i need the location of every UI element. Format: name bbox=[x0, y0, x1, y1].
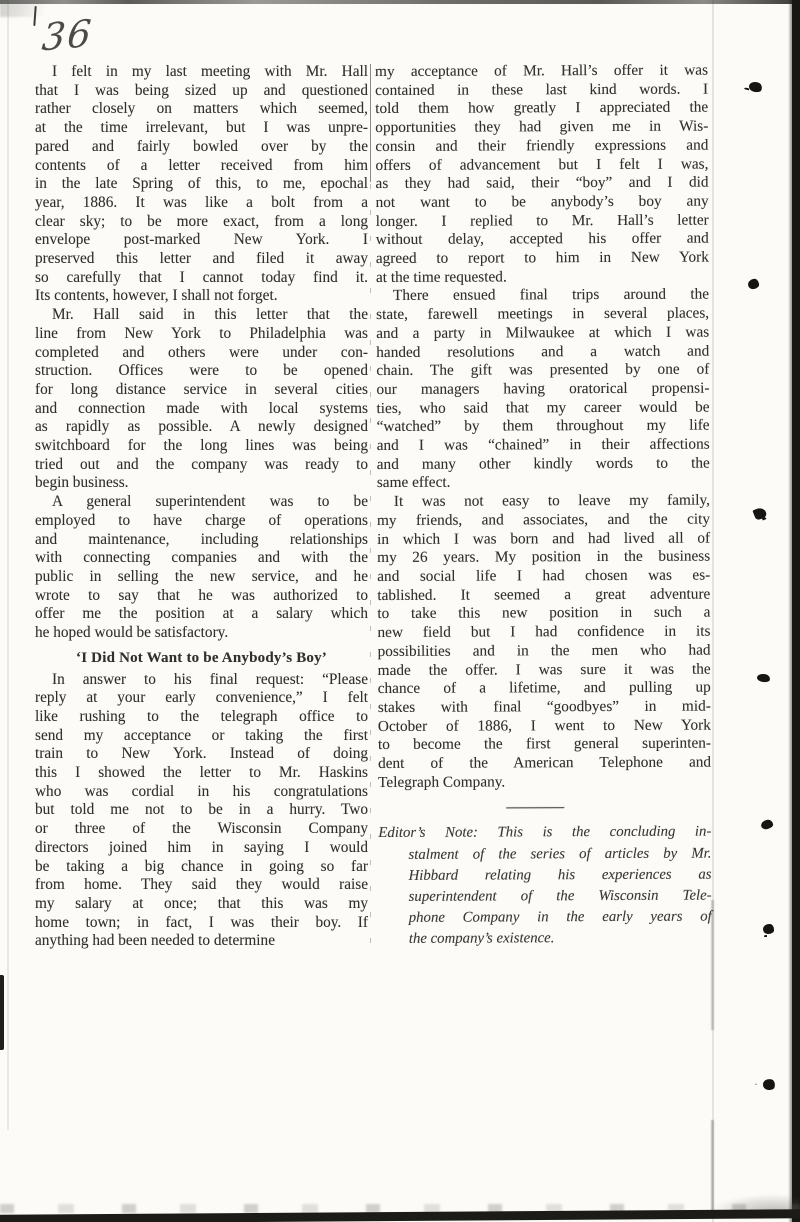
text-line: who was cordial in his congratulations bbox=[35, 783, 368, 802]
text-line: pared and fairly bowled over by the bbox=[35, 138, 368, 157]
text-line: and I was “chained” in their affections bbox=[377, 436, 710, 456]
text-line: October of 1886, I went to New York bbox=[378, 716, 711, 736]
text-line: stalment of the series of articles by Mr… bbox=[378, 843, 711, 866]
scan-left-edge-mark bbox=[0, 975, 4, 1050]
text-line: made the offer. I was sure it was the bbox=[378, 660, 711, 680]
text-line: tried out and the company was ready to bbox=[35, 456, 368, 475]
text-line: this I showed the letter to Mr. Haskins bbox=[35, 764, 368, 783]
text-line: to become the first general superinten- bbox=[378, 735, 711, 755]
text-line: reply at your early convenience,” I felt bbox=[35, 689, 368, 708]
paragraph: In answer to his final request: “Pleaser… bbox=[35, 671, 368, 952]
text-line: as they had said, their “boy” and I did bbox=[375, 174, 708, 194]
text-line: There ensued final trips around the bbox=[376, 286, 709, 306]
text-line: stakes with final “goodbyes” in mid- bbox=[378, 697, 711, 717]
text-line: line from New York to Philadelphia was bbox=[35, 325, 368, 344]
text-line: so carefully that I cannot today find it… bbox=[35, 269, 368, 288]
text-line: wrote to say that he was authorized to bbox=[35, 587, 368, 606]
paragraph: A general superintendent was to beemploy… bbox=[35, 493, 368, 643]
text-line: tablished. It seemed a great adventure bbox=[377, 585, 710, 605]
scan-left-edge-line bbox=[7, 0, 9, 1130]
text-line: employed to have charge of operations bbox=[35, 512, 368, 531]
text-line: be taking a big chance in going so far bbox=[35, 858, 368, 877]
ink-speck bbox=[752, 506, 767, 521]
text-line: like rushing to the telegraph office to bbox=[35, 708, 368, 727]
text-line: superintendent of the Wisconsin Tele- bbox=[379, 886, 712, 909]
editors-note: Editor’s Note: This is the concluding in… bbox=[378, 822, 712, 951]
text-line: same effect. bbox=[377, 473, 710, 493]
text-line: Editor’s Note: This is the concluding in… bbox=[378, 822, 711, 845]
text-line: not want to be anybody’s boy any bbox=[376, 192, 709, 212]
text-line: offer me the position at a salary which bbox=[35, 605, 368, 624]
text-line: Telegraph Company. bbox=[378, 772, 711, 792]
text-line: my friends, and associates, and the city bbox=[377, 510, 710, 530]
scanned-page: 36 I felt in my last meeting with Mr. Ha… bbox=[0, 0, 800, 1222]
paragraph: It was not easy to leave my family,my fr… bbox=[377, 492, 711, 793]
paragraph: I felt in my last meeting with Mr. Hallt… bbox=[35, 63, 368, 306]
text-line: year, 1886. It was like a bolt from a bbox=[35, 194, 368, 213]
text-line: without delay, accepted his offer and bbox=[376, 230, 709, 250]
text-line: rather closely on matters which seemed, bbox=[35, 100, 368, 119]
column-divider-rule-dashed bbox=[370, 184, 371, 960]
text-line: consin and their friendly expressions an… bbox=[375, 136, 708, 156]
scan-top-edge bbox=[0, 0, 800, 4]
text-line: opportunities they had given me in Wis- bbox=[375, 118, 708, 138]
text-line: the company’s existence. bbox=[379, 928, 712, 951]
text-line: envelope post-marked New York. I bbox=[35, 231, 368, 250]
text-line: A general superintendent was to be bbox=[35, 493, 368, 512]
text-line: It was not easy to leave my family, bbox=[377, 492, 710, 512]
text-line: directors joined him in saying I would bbox=[35, 839, 368, 858]
text-line: completed and others were under con- bbox=[35, 344, 368, 363]
text-line: in which I was born and had lived all of bbox=[377, 529, 710, 549]
text-line: agreed to report to him in New York bbox=[376, 249, 709, 269]
handwritten-page-number: 36 bbox=[40, 12, 95, 60]
ink-speck bbox=[757, 673, 771, 683]
text-line: switchboard for the long lines was being bbox=[35, 437, 368, 456]
text-line: and maintenance, including relationships bbox=[35, 531, 368, 550]
text-line: Hibbard relating his experiences as bbox=[379, 864, 712, 887]
text-line: dent of the American Telephone and bbox=[378, 754, 711, 774]
page-crease-line bbox=[712, 0, 714, 1222]
text-line: told them how greatly I appreciated the bbox=[375, 99, 708, 119]
text-line: or three of the Wisconsin Company bbox=[35, 820, 368, 839]
ink-speck bbox=[760, 819, 774, 830]
text-line: but told me not to be in a hurry. Two bbox=[35, 801, 368, 820]
text-line: to take this new position in such a bbox=[377, 604, 710, 624]
paragraph: There ensued final trips around thestate… bbox=[376, 286, 710, 493]
text-line: train to New York. Instead of doing bbox=[35, 745, 368, 764]
text-line: preserved this letter and filed it away bbox=[35, 250, 368, 269]
ink-speck bbox=[747, 278, 760, 290]
text-line: at the time irrelevant, but I was unpre- bbox=[35, 119, 368, 138]
text-line: at the time requested. bbox=[376, 267, 709, 287]
ink-speck bbox=[762, 1078, 776, 1091]
text-line: public in selling the new service, and h… bbox=[35, 568, 368, 587]
text-line: “watched” by them throughout my life bbox=[377, 417, 710, 437]
text-line: offers of advancement but I felt I was, bbox=[375, 155, 708, 175]
text-line: new field but I had confidence in its bbox=[377, 623, 710, 643]
text-line: possibilities and in the men who had bbox=[378, 641, 711, 661]
text-line: phone Company in the early years of bbox=[379, 907, 712, 930]
scan-right-edge bbox=[792, 0, 800, 1222]
text-line: and social life I had chosen was es- bbox=[377, 567, 710, 587]
text-line: my 26 years. My position in the business bbox=[377, 548, 710, 568]
text-line: begin business. bbox=[35, 474, 368, 493]
ink-speck bbox=[763, 924, 774, 934]
text-line: clear sky; to be more exact, from a long bbox=[35, 213, 368, 232]
text-line: I felt in my last meeting with Mr. Hall bbox=[35, 63, 368, 82]
column-divider-rule bbox=[370, 64, 371, 182]
section-heading: ‘I Did Not Want to be Anybody’s Boy’ bbox=[35, 649, 368, 668]
text-line: in the late Spring of this, to me, epoch… bbox=[35, 175, 368, 194]
text-line: for long distance service in several cit… bbox=[35, 381, 368, 400]
text-line: chain. The gift was presented by one of bbox=[376, 361, 709, 381]
text-line: and connection made with local systems bbox=[35, 400, 368, 419]
text-line: as rapidly as possible. A newly designed bbox=[35, 418, 368, 437]
text-line: struction. Offices were to be opened bbox=[35, 362, 368, 381]
ink-speck bbox=[748, 80, 763, 93]
text-line: from home. They said they would raise bbox=[35, 876, 368, 895]
text-line: my acceptance of Mr. Hall’s offer it was bbox=[375, 62, 708, 82]
right-column: my acceptance of Mr. Hall’s offer it was… bbox=[375, 62, 712, 951]
text-line: contents of a letter received from him bbox=[35, 157, 368, 176]
text-line: In answer to his final request: “Please bbox=[35, 671, 368, 690]
text-line: send my acceptance or taking the first bbox=[35, 727, 368, 746]
text-line: and many other kindly words to the bbox=[377, 454, 710, 474]
left-column: I felt in my last meeting with Mr. Hallt… bbox=[35, 63, 368, 951]
text-line: my salary at once; that this was my bbox=[35, 895, 368, 914]
separator-rule bbox=[506, 808, 564, 809]
paragraph: Mr. Hall said in this letter that thelin… bbox=[35, 306, 368, 493]
text-line: home town; in fact, I was their boy. If bbox=[35, 914, 368, 933]
text-line: and a party in Milwaukee at which I was bbox=[376, 323, 709, 343]
text-line: with connecting companies and with the bbox=[35, 549, 368, 568]
text-line: chance of a lifetime, and pulling up bbox=[378, 679, 711, 699]
text-line: that I was being sized up and questioned bbox=[35, 82, 368, 101]
text-line: our managers having oratorical propensi- bbox=[376, 379, 709, 399]
text-line: he hoped would be satisfactory. bbox=[35, 624, 368, 643]
text-line: contained in these last kind words. I bbox=[375, 80, 708, 100]
paragraph: my acceptance of Mr. Hall’s offer it was… bbox=[375, 62, 709, 288]
text-line: handed resolutions and a watch and bbox=[376, 342, 709, 362]
text-line: state, farewell meetings in several plac… bbox=[376, 305, 709, 325]
text-line: longer. I replied to Mr. Hall’s letter bbox=[376, 211, 709, 231]
text-line: Mr. Hall said in this letter that the bbox=[35, 306, 368, 325]
text-line: anything had been needed to determine bbox=[35, 932, 368, 951]
text-line: Its contents, however, I shall not forge… bbox=[35, 287, 368, 306]
text-line: ties, who said that my career would be bbox=[376, 398, 709, 418]
